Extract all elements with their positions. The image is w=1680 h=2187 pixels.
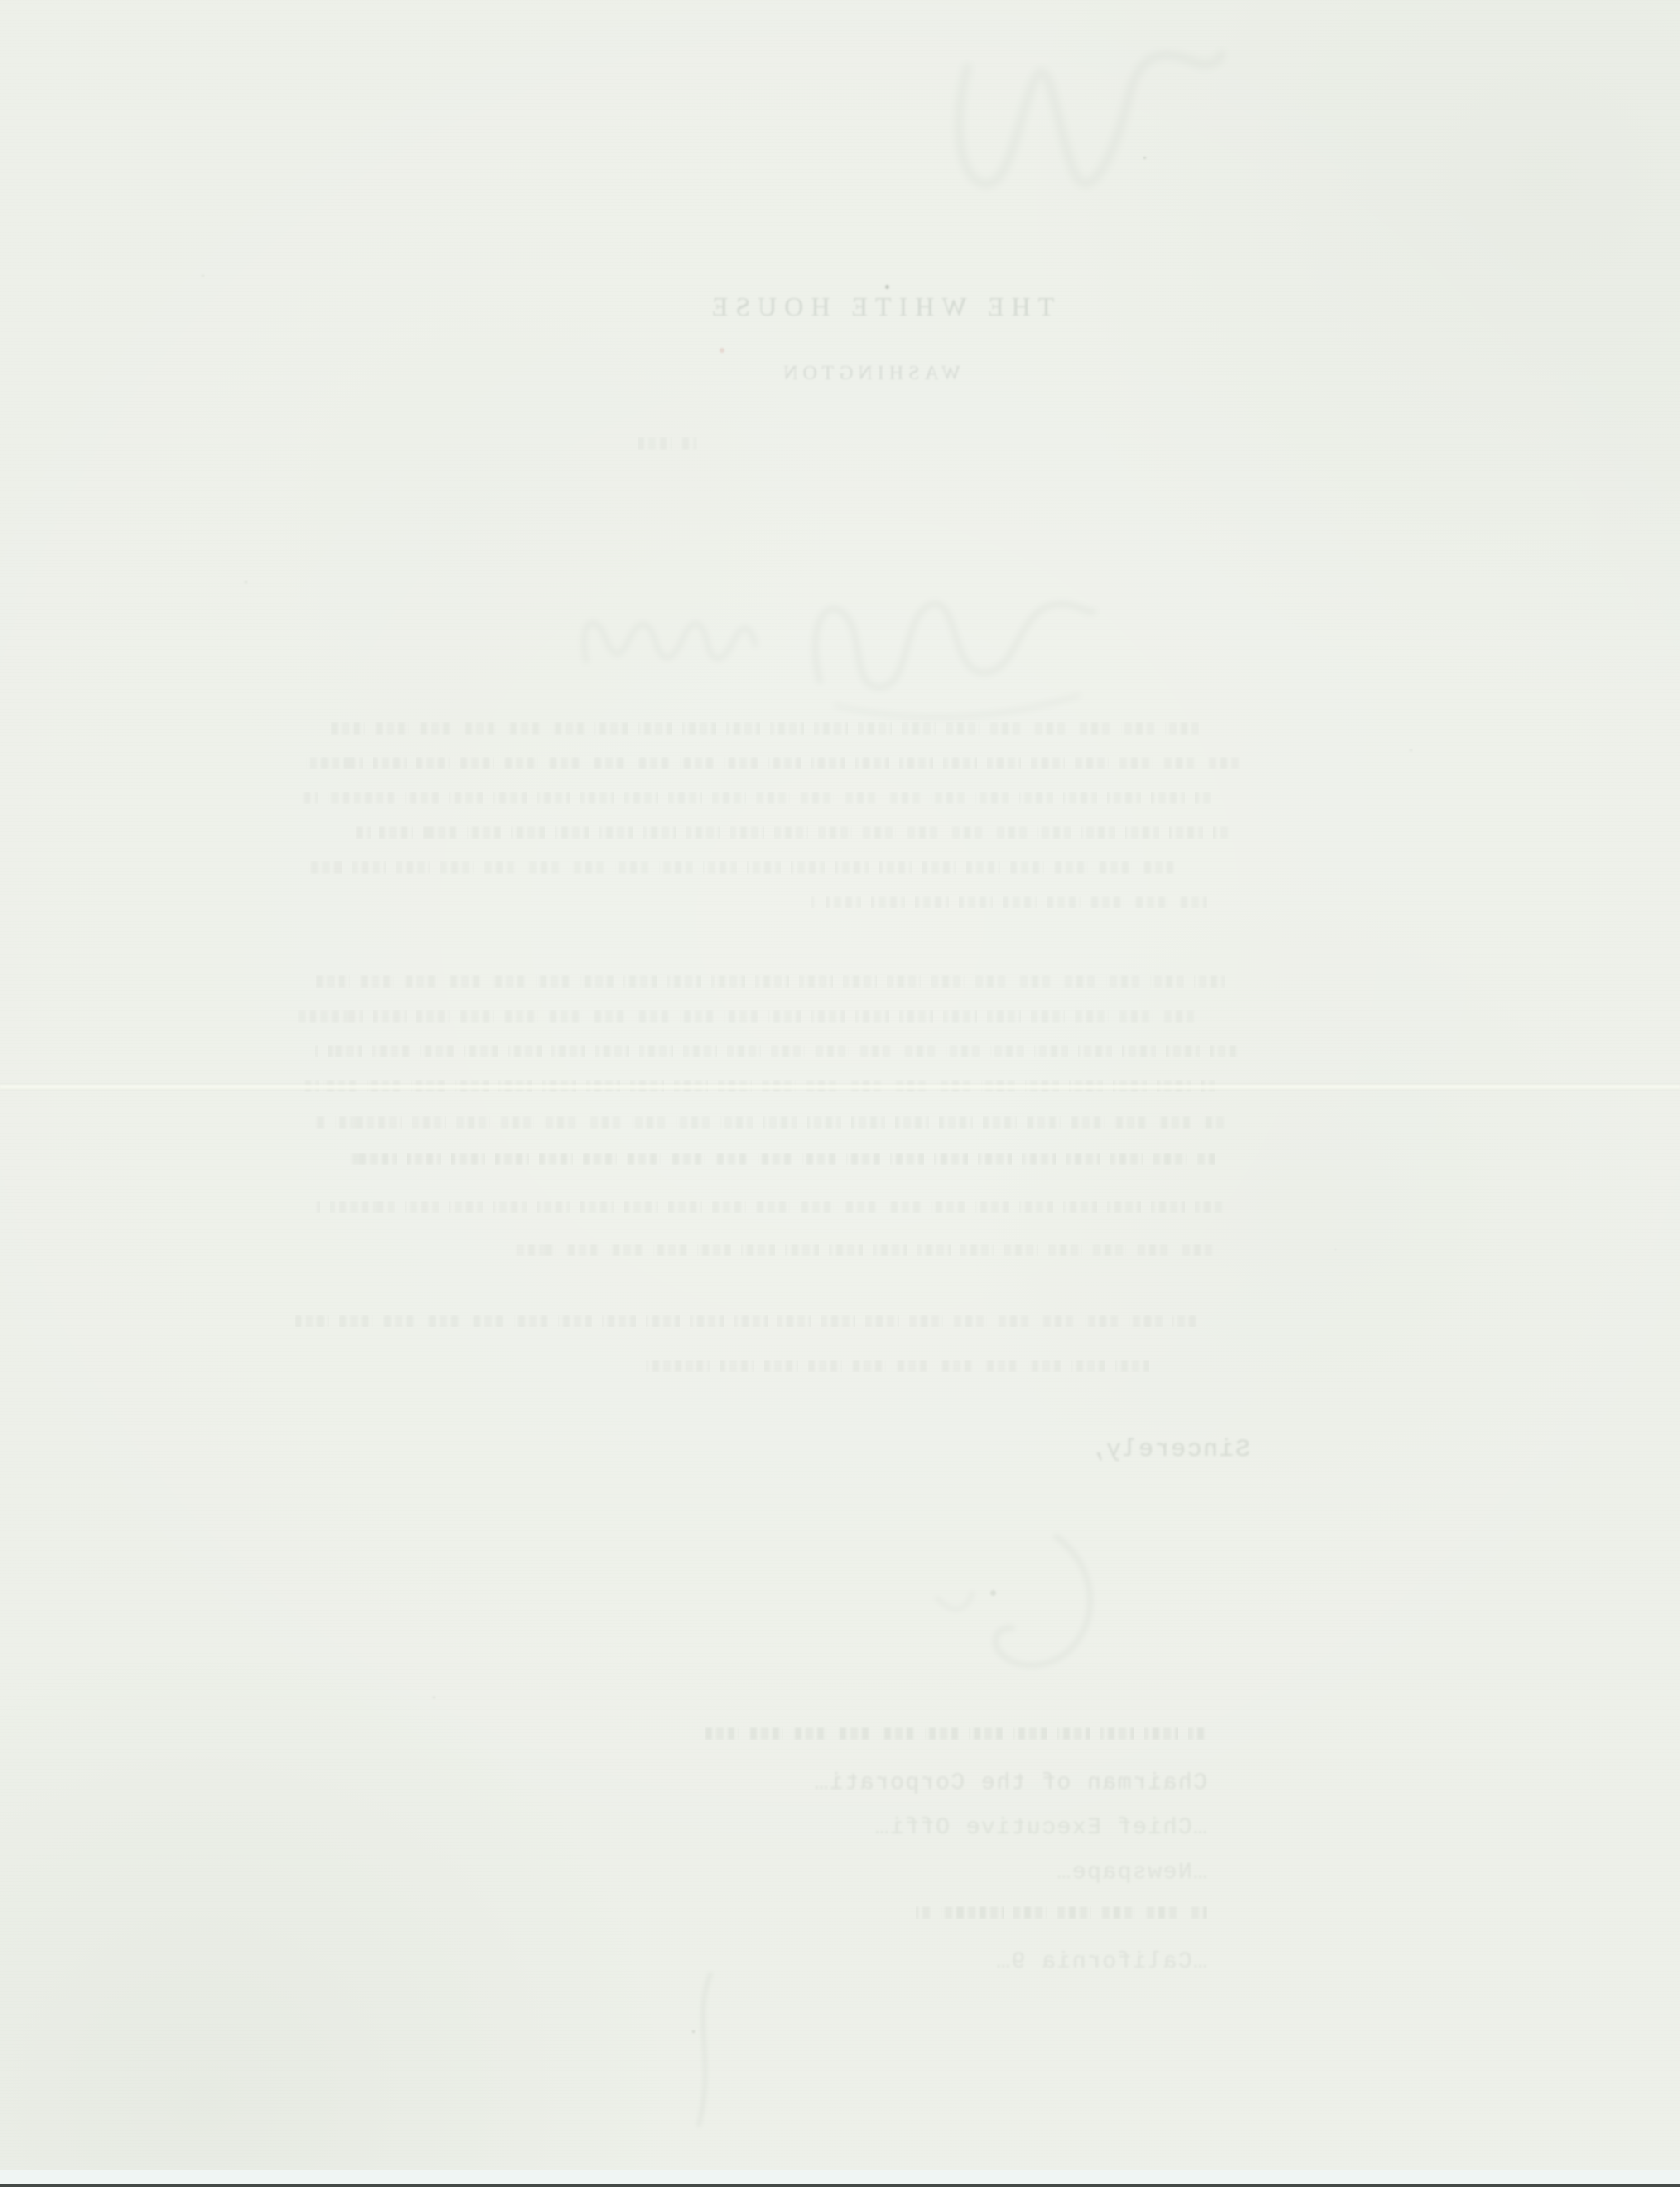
paper-speck	[720, 348, 724, 353]
ghost-smudge-line	[316, 975, 1225, 988]
paper-speck	[1143, 157, 1146, 159]
ghost-smudge-line	[331, 722, 1209, 735]
ghost-closing: Sincerely,	[1072, 1438, 1250, 1462]
ghost-smudge-line	[356, 826, 1232, 839]
ghost-smudge-line	[298, 1010, 1209, 1023]
ghost-monogram-w	[944, 25, 1225, 203]
paper-speck	[245, 581, 247, 583]
ghost-text-line: …California 9…	[934, 1951, 1207, 1974]
scan-edge-line	[0, 2184, 1680, 2187]
paper-speck	[692, 2030, 695, 2033]
ghost-smudge-line	[646, 1360, 1159, 1372]
ghost-signature-stroke	[894, 1522, 1143, 1679]
ghost-text-line: …Newspape…	[932, 1862, 1207, 1885]
ghost-smudge-line	[315, 1116, 1225, 1129]
ghost-smudge-line	[705, 1727, 1207, 1740]
ghost-smudge-line	[298, 757, 1242, 769]
ghost-smudge-line	[811, 896, 1207, 908]
ghost-text-line: …Chief Executive Offi…	[677, 1817, 1207, 1840]
ghost-smudge-line	[638, 437, 697, 450]
paper-speck	[885, 285, 889, 289]
ghost-inscription	[571, 571, 1101, 725]
paper-speck	[1410, 749, 1412, 751]
ghost-smudge-line	[315, 1045, 1240, 1057]
ghost-smudge-line	[348, 1153, 1215, 1165]
scan-edge-strip	[0, 2170, 1680, 2184]
ghost-smudge-line	[298, 861, 1176, 874]
ghost-smudge-line	[295, 1315, 1197, 1327]
paper-speck	[433, 1697, 435, 1698]
ghost-letterhead-line1: THE WHITE HOUSE	[465, 291, 1293, 322]
fold-crease	[0, 1083, 1680, 1091]
ghost-smudge-line	[916, 1906, 1207, 1919]
paper-speck	[990, 1590, 996, 1596]
scanned-page: THE WHITE HOUSE WASHINGTON Sincerely, Ch…	[0, 0, 1680, 2187]
ghost-smudge-line	[513, 1244, 1224, 1256]
ghost-smudge-line	[300, 792, 1211, 804]
ghost-pen-stroke	[667, 1969, 742, 2131]
ghost-text-line: Chairman of the Corporati…	[785, 1772, 1207, 1795]
paper-speck	[1335, 1249, 1336, 1250]
paper-speck	[202, 275, 204, 277]
ghost-letterhead-line2: WASHINGTON	[455, 363, 1283, 385]
ghost-smudge-line	[315, 1201, 1224, 1213]
